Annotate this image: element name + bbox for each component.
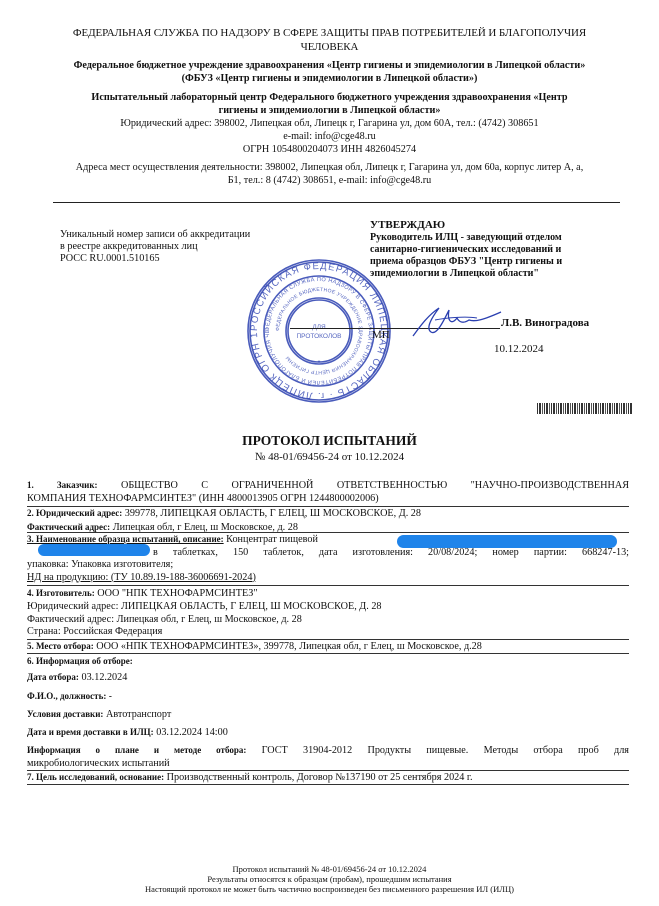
sample-nd: НД на продукцию: (ТУ 10.89.19-188-360066…: [27, 572, 629, 585]
section-sampling-info: 6. Информация об отборе:: [27, 655, 629, 668]
sampling-date-label: Дата отбора:: [27, 672, 79, 682]
institution-header: Федеральное бюджетное учреждение здравоо…: [0, 59, 659, 85]
accreditation-line-1: Уникальный номер записи об аккредитации: [60, 229, 320, 241]
sampling-info-label: 6. Информация об отборе:: [27, 655, 629, 668]
institution-line-1: Федеральное бюджетное учреждение здравоо…: [0, 59, 659, 72]
agency-line-1: ФЕДЕРАЛЬНАЯ СЛУЖБА ПО НАДЗОРУ В СФЕРЕ ЗА…: [0, 26, 659, 40]
email: e-mail: info@cge48.ru: [0, 130, 659, 143]
delivery-conditions-value: Автотранспорт: [106, 709, 171, 720]
section-legal-address: 2. Юридический адрес: 399778, ЛИПЕЦКАЯ О…: [27, 507, 629, 534]
sample-value-start: Концентрат пищевой: [226, 534, 318, 545]
section-sampling-place: 5. Место отбора: ООО «НПК ТЕХНОФАРМСИНТЕ…: [27, 640, 629, 654]
institution-line-2: (ФБУЗ «Центр гигиены и эпидемиологии в Л…: [0, 72, 659, 85]
ogrn-inn: ОГРН 1054800204073 ИНН 4826045274: [0, 143, 659, 156]
approval-line-1: Руководитель ИЛЦ - заведующий отделом: [370, 232, 635, 244]
svg-text:ПРОТОКОЛОВ: ПРОТОКОЛОВ: [296, 333, 341, 340]
approval-block: УТВЕРЖДАЮ Руководитель ИЛЦ - заведующий …: [370, 218, 635, 280]
activity-address: Адреса мест осуществления деятельности: …: [0, 161, 659, 187]
approval-title: УТВЕРЖДАЮ: [370, 218, 635, 232]
sampling-plan-value-line-2: микробиологических испытаний: [27, 758, 629, 771]
fact-address-label: Фактический адрес:: [27, 522, 110, 532]
activity-address-line-1: Адреса мест осуществления деятельности: …: [0, 161, 659, 174]
lab-line-2: гигиены и эпидемиологии в Липецкой облас…: [0, 104, 659, 117]
official-stamp-icon: РОССИЙСКАЯ ФЕДЕРАЦИЯ ЛИПЕЦКАЯ ОБЛАСТЬ · …: [246, 258, 392, 404]
delivery-conditions-label: Условия доставки:: [27, 709, 103, 719]
delivery-datetime-row: Дата и время доставки в ИЛЦ: 03.12.2024 …: [27, 726, 629, 740]
approval-line-4: эпидемиологии в Липецкой области": [370, 268, 635, 280]
redaction-mark: [38, 544, 150, 556]
signature-icon: [405, 298, 505, 340]
sampling-place-label: 5. Место отбора:: [27, 641, 94, 651]
customer-value-line-1: ОБЩЕСТВО С ОГРАНИЧЕННОЙ ОТВЕТСТВЕННОСТЬЮ…: [121, 480, 629, 491]
legal-address: Юридический адрес: 398002, Липецкая обл,…: [0, 117, 659, 130]
sampling-date-value: 03.12.2024: [81, 672, 127, 683]
sampling-date-row: Дата отбора: 03.12.2024: [27, 671, 629, 685]
customer-value-line-2: КОМПАНИЯ ТЕХНОФАРМСИНТЕЗ" (ИНН 480001390…: [27, 493, 629, 506]
section-purpose: 7. Цель исследований, основание: Произво…: [27, 771, 629, 785]
redaction-mark: [397, 535, 617, 548]
sampler-row: Ф.И.О., должность: -: [27, 690, 629, 704]
section-divider: [27, 585, 629, 586]
footer-line-2: Результаты относятся к образцам (пробам)…: [0, 874, 659, 884]
lab-line-1: Испытательный лабораторный центр Федерал…: [0, 91, 659, 104]
sampler-value: -: [109, 691, 112, 701]
manufacturer-country: Страна: Российская Федерация: [27, 626, 629, 639]
manufacturer-fact-address: Фактический адрес: Липецкая обл, г Елец,…: [27, 614, 629, 627]
agency-header: ФЕДЕРАЛЬНАЯ СЛУЖБА ПО НАДЗОРУ В СФЕРЕ ЗА…: [0, 26, 659, 54]
barcode-icon: [537, 403, 632, 414]
signer-name: Л.В. Виноградова: [501, 317, 589, 329]
sampling-plan-label: Информация о плане и методе отбора:: [27, 745, 246, 755]
document-number: № 48-01/69456-24 от 10.12.2024: [0, 451, 659, 463]
purpose-value: Производственный контроль, Договор №1371…: [167, 772, 473, 783]
footer-line-3: Настоящий протокол не может быть частичн…: [0, 884, 659, 894]
section-divider: [27, 784, 629, 785]
section-divider: [27, 653, 629, 654]
seal-place-label: МП: [372, 329, 390, 341]
sampling-place-value: ООО «НПК ТЕХНОФАРМСИНТЕЗ», 399778, Липец…: [96, 641, 482, 652]
manufacturer-value: ООО "НПК ТЕХНОФАРМСИНТЕЗ": [97, 588, 257, 599]
footer-line-1: Протокол испытаний № 48-01/69456-24 от 1…: [0, 864, 659, 874]
approval-line-3: приема образцов ФБУЗ "Центр гигиены и: [370, 256, 635, 268]
sampling-plan-value-line-1: ГОСТ 31904-2012 Продукты пищевые. Методы…: [262, 745, 629, 756]
document-title: ПРОТОКОЛ ИСПЫТАНИЙ: [0, 433, 659, 449]
legal-address-value: 399778, ЛИПЕЦКАЯ ОБЛАСТЬ, Г ЕЛЕЦ, Ш МОСК…: [125, 508, 421, 519]
sampling-plan-row: Информация о плане и методе отбора: ГОСТ…: [27, 744, 629, 770]
svg-text:*: *: [318, 360, 321, 367]
sampler-label: Ф.И.О., должность:: [27, 691, 106, 701]
accreditation-line-2: в реестре аккредитованных лиц: [60, 241, 320, 253]
approval-line-2: санитарно-гигиенических исследований и: [370, 244, 635, 256]
customer-label: 1. Заказчик:: [27, 480, 98, 490]
lab-header: Испытательный лабораторный центр Федерал…: [0, 91, 659, 156]
sample-label: 3. Наименование образца испытаний, описа…: [27, 534, 224, 544]
activity-address-line-2: Б1, тел.: 8 (4742) 308651, e-mail: info@…: [0, 174, 659, 187]
header-divider: [53, 202, 620, 203]
legal-address-label: 2. Юридический адрес:: [27, 508, 122, 518]
purpose-label: 7. Цель исследований, основание:: [27, 772, 164, 782]
manufacturer-label: 4. Изготовитель:: [27, 588, 95, 598]
sample-packaging: упаковка: Упаковка изготовителя;: [27, 559, 629, 572]
delivery-datetime-value: 03.12.2024 14:00: [156, 727, 228, 738]
fact-address-value: Липецкая обл, г Елец, ш Московское, д. 2…: [113, 522, 298, 533]
footer: Протокол испытаний № 48-01/69456-24 от 1…: [0, 864, 659, 894]
section-customer: 1. Заказчик: ОБЩЕСТВО С ОГРАНИЧЕННОЙ ОТВ…: [27, 479, 629, 505]
delivery-datetime-label: Дата и время доставки в ИЛЦ:: [27, 727, 154, 737]
agency-line-2: ЧЕЛОВЕКА: [0, 40, 659, 54]
delivery-conditions-row: Условия доставки: Автотранспорт: [27, 708, 629, 722]
section-manufacturer: 4. Изготовитель: ООО "НПК ТЕХНОФАРМСИНТЕ…: [27, 587, 629, 639]
manufacturer-legal-address: Юридический адрес: ЛИПЕЦКАЯ ОБЛАСТЬ, Г Е…: [27, 601, 629, 614]
approval-date: 10.12.2024: [494, 343, 544, 355]
